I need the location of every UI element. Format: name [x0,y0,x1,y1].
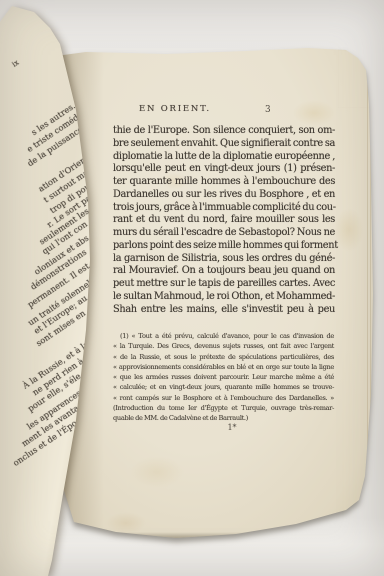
left-page-fragment: ix [11,59,21,69]
left-page-wrapper: ix s les autres. Ce e triste comédie de … [0,0,384,576]
photo-of-open-book: EN ORIENT. 3 thie de l'Europe. Son silen… [0,0,384,576]
left-page: ix s les autres. Ce e triste comédie de … [0,0,110,576]
